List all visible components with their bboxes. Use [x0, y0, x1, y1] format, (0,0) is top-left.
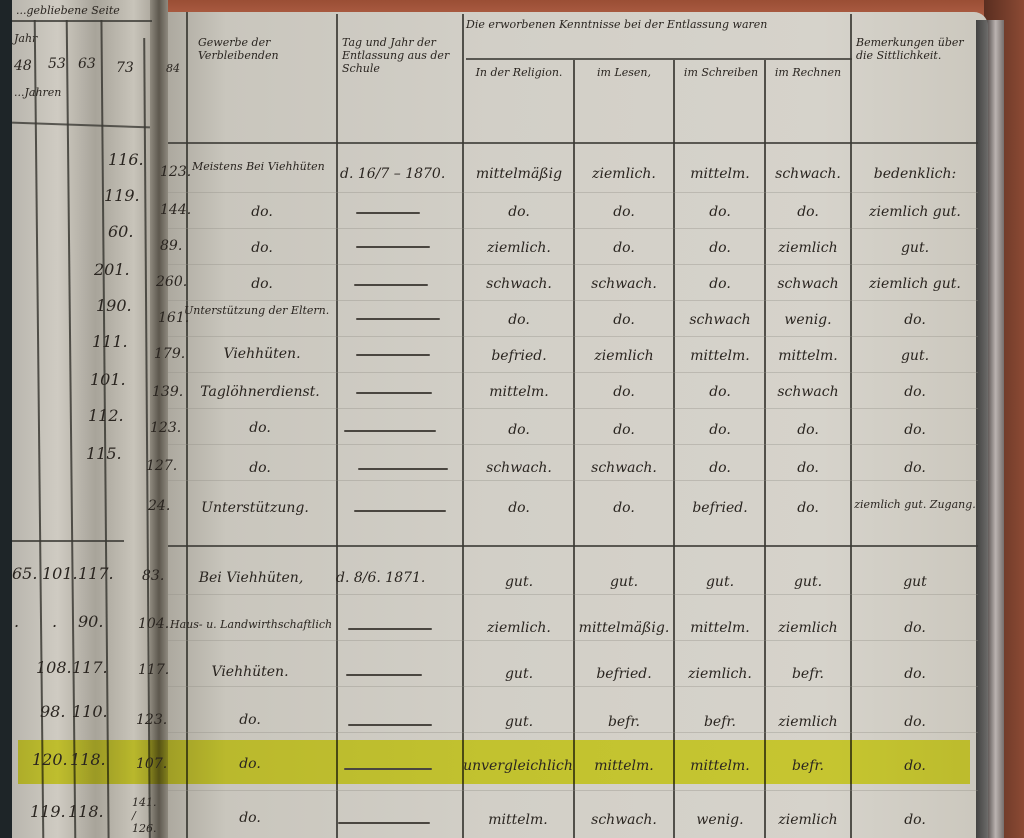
- row-4-reading: do.: [576, 312, 672, 328]
- row-8-writing: do.: [676, 460, 764, 476]
- row-7-religion: do.: [466, 422, 572, 438]
- ruled-line: [168, 336, 978, 337]
- row-4-writing: schwach: [676, 312, 764, 328]
- row-5-writing: mittelm.: [676, 348, 764, 364]
- row-15-number: 141. / 126.: [132, 796, 162, 835]
- row-10-remarks: gut: [852, 574, 978, 590]
- row-8-reading: schwach.: [576, 460, 672, 476]
- row-14-arithmetic: befr.: [766, 758, 850, 774]
- row-15-date-dash: [338, 822, 430, 824]
- row-14-occupation: do.: [170, 756, 330, 772]
- ruled-line: [168, 408, 978, 409]
- ruled-line: [168, 300, 978, 301]
- ruled-line: [168, 444, 978, 445]
- left-row-1-c3: 119.: [104, 188, 140, 204]
- row-8-remarks: do.: [852, 460, 978, 476]
- ruled-line: [168, 264, 978, 265]
- row-0-occupation: Meistens Bei Viehhüten: [192, 160, 332, 173]
- vline-religion: [573, 60, 575, 838]
- arithmetic-header: im Rechnen: [766, 66, 850, 79]
- left-header-top: ...gebliebene Seite: [16, 4, 120, 17]
- row-2-number: 89.: [160, 238, 182, 254]
- row-2-occupation: do.: [192, 240, 332, 256]
- left-row-5-c3: 111.: [92, 334, 128, 350]
- year-col-4: 73: [116, 60, 134, 76]
- row-3-remarks: ziemlich gut.: [852, 276, 978, 292]
- row-12-number: 117.: [138, 662, 169, 678]
- row-11-religion: ziemlich.: [466, 620, 572, 636]
- left-row-11-c3: 90.: [78, 614, 103, 630]
- row-13-remarks: do.: [852, 714, 978, 730]
- year-col-3: 63: [78, 56, 96, 72]
- row-2-remarks: gut.: [852, 240, 978, 256]
- row-3-writing: do.: [676, 276, 764, 292]
- row-7-date-dash: [344, 430, 436, 432]
- row-4-arithmetic: wenig.: [766, 312, 850, 328]
- row-6-reading: do.: [576, 384, 672, 400]
- row-15-writing: wenig.: [676, 812, 764, 828]
- row-1-number: 144.: [160, 202, 191, 218]
- row-7-remarks: do.: [852, 422, 978, 438]
- vline-occupation: [336, 14, 338, 838]
- row-15-remarks: do.: [852, 812, 978, 828]
- row-8-occupation: do.: [188, 460, 332, 476]
- row-5-religion: befried.: [466, 348, 572, 364]
- ruled-line: [168, 372, 978, 373]
- left-row-6-c3: 101.: [90, 372, 126, 388]
- row-6-remarks: do.: [852, 384, 978, 400]
- row-0-reading: ziemlich.: [576, 166, 672, 182]
- left-row-8-c3: 115.: [86, 446, 122, 462]
- row-13-writing: befr.: [676, 714, 764, 730]
- row-0-religion: mittelmäßig: [466, 166, 572, 182]
- row-11-remarks: do.: [852, 620, 978, 636]
- row-0-writing: mittelm.: [676, 166, 764, 182]
- row-6-number: 139.: [152, 384, 183, 400]
- row-13-number: 123.: [136, 712, 167, 728]
- row-14-reading: mittelm.: [576, 758, 672, 774]
- row-8-date-dash: [358, 468, 448, 470]
- row-6-date-dash: [356, 392, 432, 394]
- row-10-reading: gut.: [576, 574, 672, 590]
- ruled-line: [168, 480, 978, 481]
- left-row-11-c2: .: [52, 614, 57, 630]
- row-7-reading: do.: [576, 422, 672, 438]
- year-col-2: 53: [48, 56, 66, 72]
- row-1-remarks: ziemlich gut.: [852, 204, 978, 220]
- row-0-remarks: bedenklich:: [852, 166, 978, 182]
- row-15-religion: mittelm.: [462, 812, 574, 828]
- row-13-religion: gut.: [466, 714, 572, 730]
- ruled-line: [168, 686, 978, 687]
- left-row-4-c3: 190.: [96, 298, 132, 314]
- row-5-arithmetic: mittelm.: [766, 348, 850, 364]
- row-4-date-dash: [356, 318, 440, 320]
- row-11-occupation: Haus- u. Landwirthschaftlich: [170, 618, 332, 631]
- row-12-reading: befried.: [576, 666, 672, 682]
- left-row-14-c2: 120.: [32, 752, 68, 768]
- plastic-sleeve: [976, 20, 1004, 838]
- row-9-religion: do.: [466, 500, 572, 516]
- row-15-occupation: do.: [170, 810, 330, 826]
- knowledge-group-header: Die erworbenen Kenntnisse bei der Entlas…: [466, 18, 846, 31]
- row-11-reading: mittelmäßig.: [576, 620, 672, 636]
- row-11-writing: mittelm.: [676, 620, 764, 636]
- row-12-remarks: do.: [852, 666, 978, 682]
- left-row-12-c2: 108.: [36, 660, 72, 676]
- row-6-arithmetic: schwach: [766, 384, 850, 400]
- left-row-12-c3: 117.: [72, 660, 108, 676]
- row-6-writing: do.: [676, 384, 764, 400]
- left-row-0-c3: 116.: [108, 152, 144, 168]
- ruled-line: [168, 192, 978, 193]
- row-14-remarks: do.: [852, 758, 978, 774]
- left-row-15-c2: 119.: [30, 804, 66, 820]
- row-9-date-dash: [354, 510, 446, 512]
- left-row-14-c3: 118.: [70, 752, 106, 768]
- row-7-arithmetic: do.: [766, 422, 850, 438]
- row-9-arithmetic: do.: [766, 500, 850, 516]
- row-12-date-dash: [346, 674, 422, 676]
- ruled-line: [168, 640, 978, 641]
- row-7-writing: do.: [676, 422, 764, 438]
- left-header-label: ...Jahren: [14, 86, 61, 99]
- row-4-religion: do.: [466, 312, 572, 328]
- row-12-writing: ziemlich.: [676, 666, 764, 682]
- row-10-arithmetic: gut.: [766, 574, 850, 590]
- row-0-arithmetic: schwach.: [766, 166, 850, 182]
- row-10-number: 83.: [142, 568, 164, 584]
- left-row-15-c3: 118.: [68, 804, 104, 820]
- row-0-date: d. 16/7 – 1870.: [340, 166, 445, 182]
- row-2-date-dash: [356, 246, 430, 248]
- left-row-13-c3: 110.: [72, 704, 108, 720]
- row-13-date-dash: [348, 724, 432, 726]
- row-1-religion: do.: [466, 204, 572, 220]
- left-row-2-c3: 60.: [108, 224, 133, 240]
- row-9-writing: befried.: [676, 500, 764, 516]
- row-5-remarks: gut.: [852, 348, 978, 364]
- row-3-number: 260.: [156, 274, 187, 290]
- row-12-occupation: Viehhüten.: [170, 664, 330, 680]
- row-10-religion: gut.: [466, 574, 572, 590]
- row-14-religion: unvergleichlich: [462, 758, 574, 774]
- row-5-number: 179.: [154, 346, 185, 362]
- date-header: Tag und Jahr der Entlassung aus der Schu…: [342, 36, 460, 75]
- row-5-reading: ziemlich: [576, 348, 672, 364]
- ruled-line: [168, 790, 978, 791]
- row-1-date-dash: [356, 212, 420, 214]
- row-3-reading: schwach.: [576, 276, 672, 292]
- row-13-reading: befr.: [576, 714, 672, 730]
- row-2-writing: do.: [676, 240, 764, 256]
- left-row-11-c1: .: [14, 614, 19, 630]
- vline-date: [462, 14, 464, 838]
- row-4-remarks: do.: [852, 312, 978, 328]
- row-8-number: 127.: [146, 458, 177, 474]
- row-10-occupation: Bei Viehhüten,: [168, 570, 334, 586]
- left-row-7-c3: 112.: [88, 408, 124, 424]
- row-13-arithmetic: ziemlich: [766, 714, 850, 730]
- left-row-13-c2: 98.: [40, 704, 65, 720]
- row-2-arithmetic: ziemlich: [766, 240, 850, 256]
- number-header: 84: [166, 62, 180, 75]
- row-11-date-dash: [348, 628, 432, 630]
- row-3-arithmetic: schwach: [766, 276, 850, 292]
- writing-header: im Schreiben: [676, 66, 766, 79]
- row-14-date-dash: [344, 768, 432, 770]
- row-1-occupation: do.: [192, 204, 332, 220]
- row-0-number: 123.: [160, 164, 191, 180]
- row-4-occupation: Unterstützung der Eltern.: [184, 304, 334, 317]
- left-section-rule: [12, 540, 124, 542]
- year-col-1: 48: [14, 58, 32, 74]
- row-11-number: 104.: [138, 616, 169, 632]
- row-2-religion: ziemlich.: [466, 240, 572, 256]
- row-10-writing: gut.: [676, 574, 764, 590]
- row-5-occupation: Viehhüten.: [192, 346, 332, 362]
- row-13-occupation: do.: [170, 712, 330, 728]
- row-9-number: 24.: [148, 498, 170, 514]
- left-row-10-c3: 117.: [78, 566, 114, 582]
- row-3-occupation: do.: [192, 276, 332, 292]
- remarks-header: Bemerkungen über die Sittlichkeit.: [856, 36, 974, 62]
- religion-header: In der Religion.: [466, 66, 572, 79]
- row-6-religion: mittelm.: [466, 384, 572, 400]
- left-row-10-c2: 101.: [42, 566, 78, 582]
- row-6-occupation: Taglöhnerdienst.: [188, 384, 332, 400]
- row-1-arithmetic: do.: [766, 204, 850, 220]
- left-row-3-c3: 201.: [94, 262, 130, 278]
- row-10-date: d. 8/6. 1871.: [336, 570, 425, 586]
- row-3-religion: schwach.: [466, 276, 572, 292]
- knowledge-subheader-rule: [466, 58, 852, 60]
- row-2-reading: do.: [576, 240, 672, 256]
- row-8-arithmetic: do.: [766, 460, 850, 476]
- row-12-arithmetic: befr.: [766, 666, 850, 682]
- row-14-number: 107.: [136, 756, 167, 772]
- row-11-arithmetic: ziemlich: [766, 620, 850, 636]
- row-9-reading: do.: [576, 500, 672, 516]
- row-1-reading: do.: [576, 204, 672, 220]
- row-9-remarks: ziemlich gut. Zugang.: [852, 498, 978, 511]
- row-7-occupation: do.: [188, 420, 332, 436]
- row-15-arithmetic: ziemlich: [766, 812, 850, 828]
- row-12-religion: gut.: [466, 666, 572, 682]
- row-1-writing: do.: [676, 204, 764, 220]
- row-3-date-dash: [354, 284, 428, 286]
- row-7-number: 123.: [150, 420, 181, 436]
- row-5-date-dash: [356, 354, 430, 356]
- occupation-header: Gewerbe der Verbleibenden: [198, 36, 338, 62]
- ruled-line: [168, 228, 978, 229]
- row-9-occupation: Unterstützung.: [180, 500, 330, 516]
- left-row-10-c1: 65.: [12, 566, 37, 582]
- row-14-writing: mittelm.: [676, 758, 764, 774]
- row-8-religion: schwach.: [466, 460, 572, 476]
- ruled-line: [168, 732, 978, 733]
- row-15-reading: schwach.: [576, 812, 672, 828]
- reading-header: im Lesen,: [576, 66, 672, 79]
- ruled-line: [168, 594, 978, 595]
- vline-reading: [673, 60, 675, 838]
